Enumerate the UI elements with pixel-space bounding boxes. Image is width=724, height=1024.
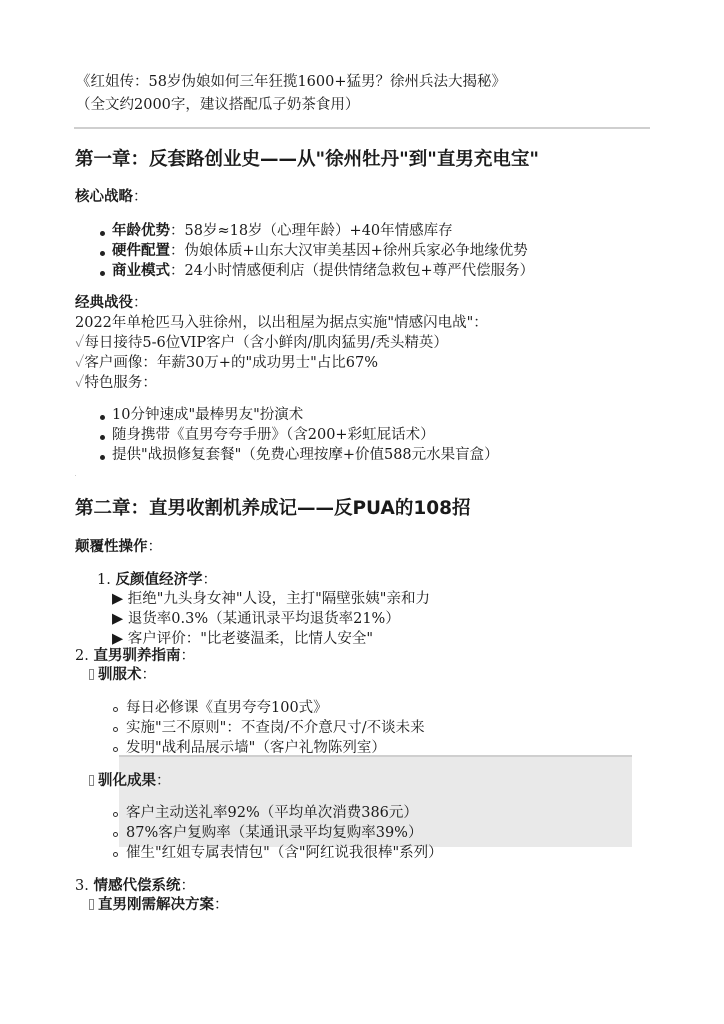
list-item: 客户主动送礼率92%（平均单次消费386元）: [126, 803, 418, 823]
chapter-2-heading: 第二章：直男收割机养成记——反PUA的108招: [75, 497, 470, 521]
subsection-heading: 驯化成果：: [89, 771, 171, 791]
bullet-icon: [100, 231, 105, 236]
list-item: 商业模式：24小时情感便利店（提供情绪急救包+尊严代偿服务）: [112, 261, 534, 281]
document-subtitle: （全文约2000字，建议搭配瓜子奶茶食用）: [76, 95, 359, 115]
circle-bullet-icon: [113, 707, 118, 712]
circle-bullet-icon: [113, 852, 118, 857]
subsection-heading: 驯服术：: [89, 665, 156, 685]
arrow-icon: ▶: [112, 631, 123, 647]
circle-bullet-icon: [113, 747, 118, 752]
list-item: 实施"三不原则"：不查岗/不介意尺寸/不谈未来: [126, 718, 425, 738]
ordered-item-1: 1. 反颜值经济学：: [97, 570, 217, 590]
subversive-label: 颠覆性操作：: [75, 537, 162, 557]
list-item: 硬件配置：伪娘体质+山东大汉审美基因+徐州兵家必争地缘优势: [112, 241, 528, 261]
check-icon: ✓: [75, 375, 84, 391]
missing-glyph-icon: [89, 775, 94, 786]
list-item: 随身携带《直男夸夸手册》（含200+彩虹屁话术）: [112, 425, 435, 445]
check-item: ✓特色服务：: [75, 373, 157, 393]
bullet-icon: [100, 435, 105, 440]
document-title: 《红姐传：58岁伪娘如何三年狂揽1600+猛男？徐州兵法大揭秘》: [76, 72, 506, 92]
core-strategy-label: 核心战略：: [75, 187, 148, 207]
list-item: 催生"红姐专属表情包"（含"阿红说我很棒"系列）: [126, 843, 443, 863]
check-item: ✓客户画像：年薪30万+的"成功男士"占比67%: [75, 353, 378, 373]
ordered-item-2: 2. 直男驯养指南：: [75, 646, 195, 666]
chapter-1-heading: 第一章：反套路创业史——从"徐州牡丹"到"直男充电宝": [75, 148, 539, 172]
check-icon: ✓: [75, 335, 84, 351]
check-icon: ✓: [75, 355, 84, 371]
arrow-icon: ▶: [112, 611, 123, 627]
list-item: 87%客户复购率（某通讯录平均复购率39%）: [126, 823, 422, 843]
list-item: 10分钟速成"最棒男友"扮演术: [112, 405, 303, 425]
arrow-item: ▶ 退货率0.3%（某通讯录平均退货率21%）: [112, 609, 400, 629]
classic-battle-intro: 2022年单枪匹马入驻徐州，以出租屋为据点实施"情感闪电战"：: [75, 313, 488, 333]
classic-battle-label: 经典战役：: [75, 293, 148, 313]
list-item: 提供"战损修复套餐"（免费心理按摩+价值588元水果盲盒）: [112, 445, 499, 465]
arrow-icon: ▶: [112, 591, 123, 607]
missing-glyph-icon: [89, 669, 94, 680]
list-item: 年龄优势：58岁≈18岁（心理年龄）+40年情感库存: [112, 221, 453, 241]
stray-mark: [75, 475, 76, 476]
subsection-heading: 直男刚需解决方案：: [89, 895, 229, 915]
bullet-icon: [100, 455, 105, 460]
ordered-item-3: 3. 情感代偿系统：: [75, 876, 195, 896]
bullet-icon: [100, 251, 105, 256]
circle-bullet-icon: [113, 727, 118, 732]
bullet-icon: [100, 415, 105, 420]
list-item: 每日必修课《直男夸夸100式》: [126, 698, 328, 718]
arrow-item: ▶ 拒绝"九头身女神"人设，主打"隔壁张姨"亲和力: [112, 589, 430, 609]
circle-bullet-icon: [113, 832, 118, 837]
circle-bullet-icon: [113, 812, 118, 817]
missing-glyph-icon: [89, 899, 94, 910]
divider: [74, 127, 650, 129]
check-item: ✓每日接待5-6位VIP客户（含小鲜肉/肌肉猛男/秃头精英）: [75, 333, 448, 353]
bullet-icon: [100, 271, 105, 276]
